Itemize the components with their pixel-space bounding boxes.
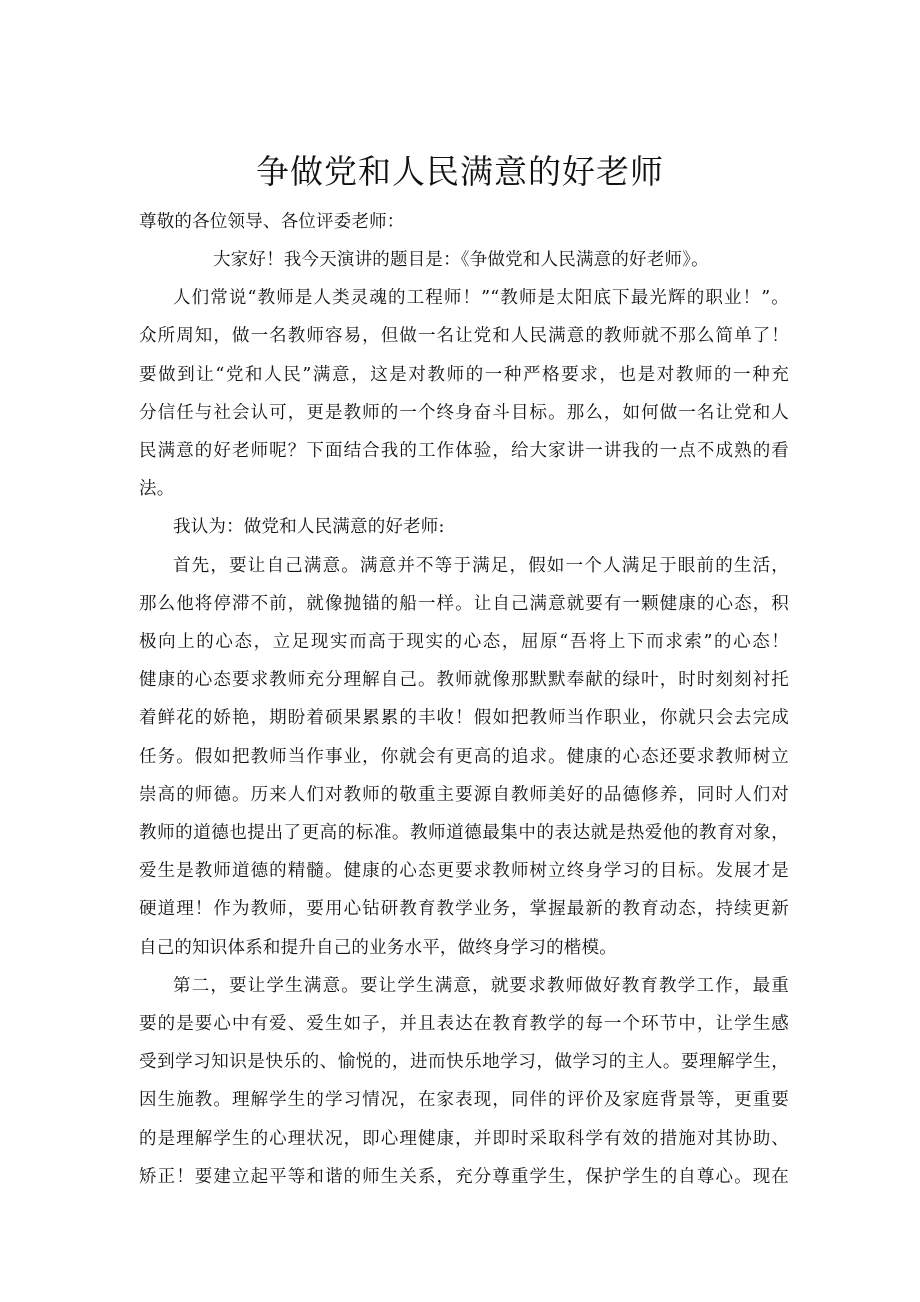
paragraph-line: 人们常说“教师是人类灵魂的工程师！”“教师是太阳底下最光辉的职业！”。: [173, 286, 789, 310]
document-title: 争做党和人民满意的好老师: [0, 150, 920, 194]
paragraph-line: 极向上的心态，立足现实而高于现实的心态，屈原“吾将上下而求索”的心态！: [139, 630, 789, 654]
paragraph-line: 众所周知，做一名教师容易，但做一名让党和人民满意的教师就不那么简单了！: [139, 324, 789, 348]
paragraph-line: 我认为：做党和人民满意的好老师:: [173, 515, 445, 539]
paragraph-line: 健康的心态要求教师充分理解自己。教师就像那默默奉献的绿叶，时时刻刻衬托: [139, 668, 789, 692]
paragraph-line: 大家好！我今天演讲的题目是：《争做党和人民满意的好老师》。: [213, 248, 709, 272]
paragraph-line: 的是理解学生的心理状况，即心理健康，并即时采取科学有效的措施对其协助、: [139, 1127, 789, 1151]
paragraph-line: 那么他将停滞不前，就像抛锚的船一样。让自己满意就要有一颗健康的心态，积: [139, 592, 789, 616]
paragraph-line: 第二，要让学生满意。要让学生满意，就要求教师做好教育教学工作，最重: [173, 974, 789, 998]
paragraph-line: 教师的道德也提出了更高的标准。教师道德最集中的表达就是热爱他的教育对象，: [139, 821, 789, 845]
paragraph-line: 着鲜花的娇艳，期盼着硕果累累的丰收！假如把教师当作职业，你就只会去完成: [139, 706, 789, 730]
paragraph-line: 分信任与社会认可，更是教师的一个终身奋斗目标。那么，如何做一名让党和人: [139, 401, 789, 425]
paragraph-line: 任务。假如把教师当作事业，你就会有更高的追求。健康的心态还要求教师树立: [139, 745, 789, 769]
paragraph-line: 民满意的好老师呢？下面结合我的工作体验，给大家讲一讲我的一点不成熟的看: [139, 439, 789, 463]
paragraph-line: 要的是要心中有爱、爱生如子，并且表达在教育教学的每一个环节中，让学生感: [139, 1012, 789, 1036]
document-page: 争做党和人民满意的好老师 尊敬的各位领导、各位评委老师： 大家好！我今天演讲的题…: [0, 0, 920, 1302]
paragraph-line: 首先，要让自己满意。满意并不等于满足，假如一个人满足于眼前的生活，: [173, 554, 789, 578]
paragraph-line: 自己的知识体系和提升自己的业务水平，做终身学习的楷模。: [139, 936, 617, 960]
paragraph-line: 要做到让“党和人民”满意，这是对教师的一种严格要求，也是对教师的一种充: [139, 363, 789, 387]
paragraph-line: 因生施教。理解学生的学习情况，在家表现，同伴的评价及家庭背景等，更重要: [139, 1088, 789, 1112]
paragraph-line: 硬道理！作为教师，要用心钻研教育教学业务，掌握最新的教育动态，持续更新: [139, 897, 789, 921]
paragraph-line: 矫正！要建立起平等和谐的师生关系，充分尊重学生，保护学生的自尊心。现在: [139, 1165, 789, 1189]
paragraph-line: 爱生是教师道德的精髓。健康的心态更要求教师树立终身学习的目标。发展才是: [139, 859, 789, 883]
paragraph-line: 受到学习知识是快乐的、愉悦的，进而快乐地学习，做学习的主人。要理解学生，: [139, 1050, 789, 1074]
paragraph-line: 法。: [139, 477, 174, 501]
paragraph-line: 崇高的师德。历来人们对教师的敬重主要源自教师美好的品德修养，同时人们对: [139, 783, 789, 807]
salutation: 尊敬的各位领导、各位评委老师：: [139, 210, 405, 234]
